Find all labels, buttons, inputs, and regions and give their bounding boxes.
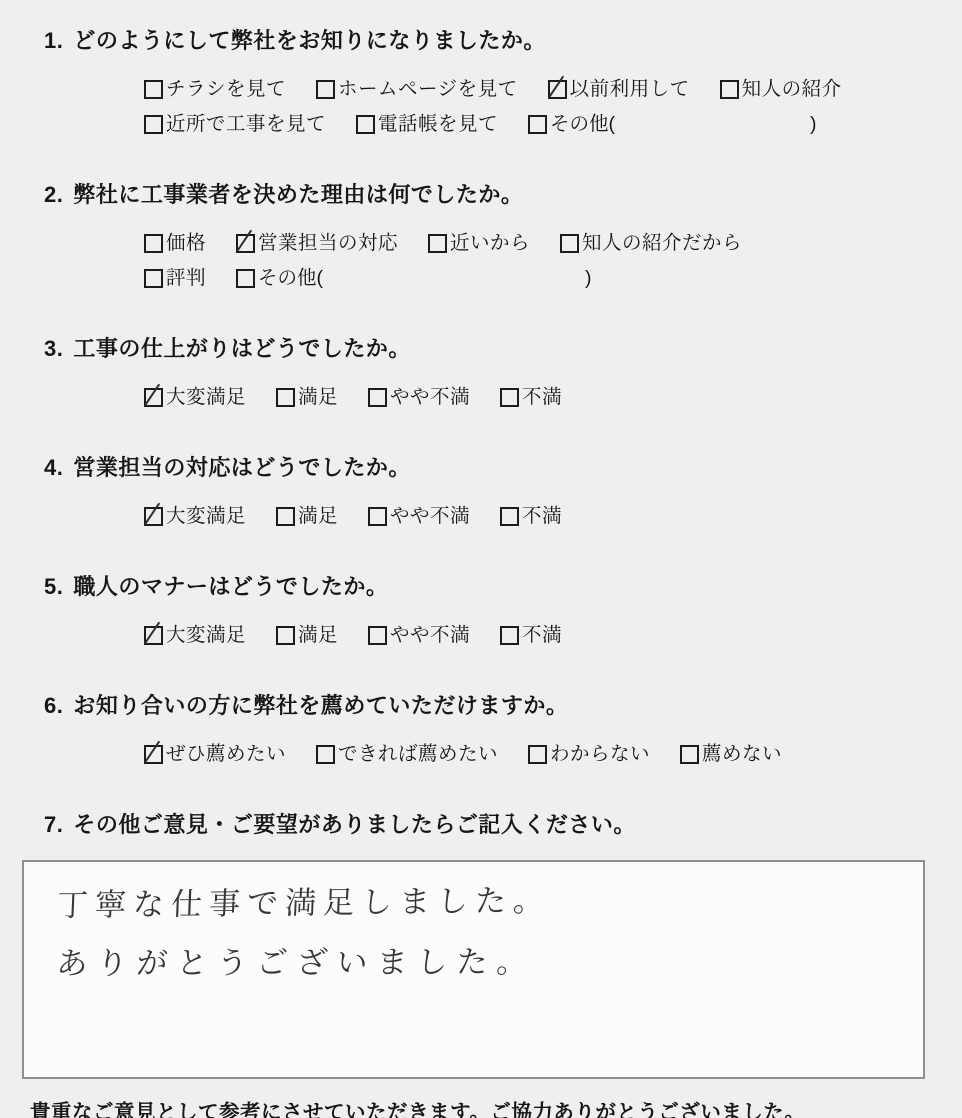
option-previous-use[interactable]: 以前利用して xyxy=(548,76,690,103)
checkbox-icon[interactable] xyxy=(236,269,255,288)
checkbox-icon[interactable] xyxy=(548,80,567,99)
option-label: その他( xyxy=(550,111,615,138)
footer-note: 貴重なご意見として参考にさせていただきます。ご協力ありがとうございました。 xyxy=(30,1095,940,1118)
option-definitely-recommend[interactable]: ぜひ薦めたい xyxy=(144,741,286,768)
option-reputation[interactable]: 評判 xyxy=(144,265,206,292)
checkbox-icon[interactable] xyxy=(428,234,447,253)
option-satisfied[interactable]: 満足 xyxy=(276,622,338,649)
question-title-text: その他ご意見・ご要望がありましたらご記入ください。 xyxy=(73,810,636,840)
option-label: わからない xyxy=(550,741,650,768)
option-label: 大変満足 xyxy=(166,622,246,649)
fill-in-blank xyxy=(615,124,810,125)
option-saw-nearby-construction[interactable]: 近所で工事を見て xyxy=(144,111,326,138)
option-other[interactable]: その他( ) xyxy=(236,265,592,292)
close-paren: ) xyxy=(585,265,592,292)
question-title-text: どのようにして弊社をお知りになりましたか。 xyxy=(73,26,546,56)
option-label: 満足 xyxy=(298,622,338,649)
question-6: 6. お知り合いの方に弊社を薦めていただけますか。 ぜひ薦めたい できれば薦めた… xyxy=(22,691,940,768)
checkbox-icon[interactable] xyxy=(276,626,295,645)
question-2-title: 2. 弊社に工事業者を決めた理由は何でしたか。 xyxy=(44,180,940,210)
question-title-text: 職人のマナーはどうでしたか。 xyxy=(73,572,388,602)
question-title-text: 弊社に工事業者を決めた理由は何でしたか。 xyxy=(73,180,523,210)
option-dont-know[interactable]: わからない xyxy=(528,741,650,768)
question-4-title: 4. 営業担当の対応はどうでしたか。 xyxy=(44,453,940,483)
option-satisfied[interactable]: 満足 xyxy=(276,503,338,530)
question-number: 4. xyxy=(44,453,63,483)
handwritten-comment-line-2: ありがとうございました。 xyxy=(55,939,889,986)
option-label: 満足 xyxy=(298,384,338,411)
checkbox-icon[interactable] xyxy=(528,745,547,764)
checkbox-icon[interactable] xyxy=(316,80,335,99)
option-label: やや不満 xyxy=(390,503,470,530)
question-5-title: 5. 職人のマナーはどうでしたか。 xyxy=(44,572,940,602)
question-number: 3. xyxy=(44,334,63,364)
checkbox-icon[interactable] xyxy=(276,507,295,526)
checkbox-icon[interactable] xyxy=(144,745,163,764)
fill-in-blank xyxy=(323,278,585,279)
checkbox-icon[interactable] xyxy=(276,388,295,407)
question-number: 1. xyxy=(44,26,63,56)
option-label: 価格 xyxy=(166,230,206,257)
checkbox-icon[interactable] xyxy=(144,388,163,407)
question-5-options: 大変満足 満足 やや不満 不満 xyxy=(144,622,940,649)
option-recommend-if-possible[interactable]: できれば薦めたい xyxy=(316,741,498,768)
checkbox-icon[interactable] xyxy=(316,745,335,764)
option-label: 不満 xyxy=(522,622,562,649)
checkbox-icon[interactable] xyxy=(144,626,163,645)
option-flyer[interactable]: チラシを見て xyxy=(144,76,286,103)
checkbox-icon[interactable] xyxy=(500,626,519,645)
option-label: 知人の紹介だから xyxy=(582,230,742,257)
question-4: 4. 営業担当の対応はどうでしたか。 大変満足 満足 やや不満 不満 xyxy=(22,453,940,530)
question-6-title: 6. お知り合いの方に弊社を薦めていただけますか。 xyxy=(44,691,940,721)
question-3-title: 3. 工事の仕上がりはどうでしたか。 xyxy=(44,334,940,364)
option-label: 以前利用して xyxy=(570,76,690,103)
option-dissatisfied[interactable]: 不満 xyxy=(500,503,562,530)
option-label: 不満 xyxy=(522,384,562,411)
question-6-options: ぜひ薦めたい できれば薦めたい わからない 薦めない xyxy=(144,741,940,768)
option-slightly-dissatisfied[interactable]: やや不満 xyxy=(368,503,470,530)
checkbox-icon[interactable] xyxy=(528,115,547,134)
checkbox-icon[interactable] xyxy=(500,507,519,526)
option-very-satisfied[interactable]: 大変満足 xyxy=(144,503,246,530)
question-7-title: 7. その他ご意見・ご要望がありましたらご記入ください。 xyxy=(44,810,940,840)
question-number: 5. xyxy=(44,572,63,602)
question-7: 7. その他ご意見・ご要望がありましたらご記入ください。 丁寧な仕事で満足しまし… xyxy=(22,810,940,1079)
checkbox-icon[interactable] xyxy=(368,507,387,526)
checkbox-icon[interactable] xyxy=(144,80,163,99)
option-label: 営業担当の対応 xyxy=(258,230,398,257)
option-referral-reason[interactable]: 知人の紹介だから xyxy=(560,230,742,257)
question-1: 1. どのようにして弊社をお知りになりましたか。 チラシを見て ホームページを見… xyxy=(22,26,940,138)
option-other[interactable]: その他( ) xyxy=(528,111,817,138)
question-1-title: 1. どのようにして弊社をお知りになりましたか。 xyxy=(44,26,940,56)
option-phonebook[interactable]: 電話帳を見て xyxy=(356,111,498,138)
option-proximity[interactable]: 近いから xyxy=(428,230,530,257)
checkbox-icon[interactable] xyxy=(144,115,163,134)
question-number: 6. xyxy=(44,691,63,721)
question-1-options-row-2: 近所で工事を見て 電話帳を見て その他( ) xyxy=(144,111,940,138)
option-slightly-dissatisfied[interactable]: やや不満 xyxy=(368,622,470,649)
close-paren: ) xyxy=(810,111,817,138)
option-label: 大変満足 xyxy=(166,384,246,411)
survey-form: 1. どのようにして弊社をお知りになりましたか。 チラシを見て ホームページを見… xyxy=(0,0,962,1118)
option-label: 近所で工事を見て xyxy=(166,111,326,138)
option-label: 不満 xyxy=(522,503,562,530)
comment-box[interactable]: 丁寧な仕事で満足しました。 ありがとうございました。 xyxy=(22,860,925,1079)
option-label: 近いから xyxy=(450,230,530,257)
option-slightly-dissatisfied[interactable]: やや不満 xyxy=(368,384,470,411)
question-1-options-row-1: チラシを見て ホームページを見て 以前利用して 知人の紹介 xyxy=(144,76,940,103)
checkbox-icon[interactable] xyxy=(560,234,579,253)
option-sales-rep-response[interactable]: 営業担当の対応 xyxy=(236,230,398,257)
question-number: 7. xyxy=(44,810,63,840)
option-satisfied[interactable]: 満足 xyxy=(276,384,338,411)
question-3-options: 大変満足 満足 やや不満 不満 xyxy=(144,384,940,411)
option-label: できれば薦めたい xyxy=(338,741,498,768)
checkbox-icon[interactable] xyxy=(368,626,387,645)
option-dissatisfied[interactable]: 不満 xyxy=(500,622,562,649)
option-label: ぜひ薦めたい xyxy=(166,741,286,768)
question-2-options-row-2: 評判 その他( ) xyxy=(144,265,940,292)
question-4-options: 大変満足 満足 やや不満 不満 xyxy=(144,503,940,530)
option-label: 薦めない xyxy=(702,741,782,768)
checkbox-icon[interactable] xyxy=(720,80,739,99)
question-title-text: お知り合いの方に弊社を薦めていただけますか。 xyxy=(73,691,568,721)
checkbox-icon[interactable] xyxy=(368,388,387,407)
option-label: 評判 xyxy=(166,265,206,292)
question-title-text: 工事の仕上がりはどうでしたか。 xyxy=(73,334,411,364)
handwritten-comment-line-1: 丁寧な仕事で満足しました。 xyxy=(56,875,889,928)
checkbox-icon[interactable] xyxy=(500,388,519,407)
checkbox-icon[interactable] xyxy=(144,507,163,526)
option-label: チラシを見て xyxy=(166,76,286,103)
option-label: 大変満足 xyxy=(166,503,246,530)
option-label: 知人の紹介 xyxy=(742,76,842,103)
option-label: 電話帳を見て xyxy=(378,111,498,138)
option-very-satisfied[interactable]: 大変満足 xyxy=(144,622,246,649)
checkbox-icon[interactable] xyxy=(236,234,255,253)
question-2: 2. 弊社に工事業者を決めた理由は何でしたか。 価格 営業担当の対応 近いから … xyxy=(22,180,940,292)
option-dissatisfied[interactable]: 不満 xyxy=(500,384,562,411)
option-label: やや不満 xyxy=(390,622,470,649)
checkbox-icon[interactable] xyxy=(356,115,375,134)
option-label: ホームページを見て xyxy=(338,76,518,103)
question-number: 2. xyxy=(44,180,63,210)
option-not-recommend[interactable]: 薦めない xyxy=(680,741,782,768)
question-3: 3. 工事の仕上がりはどうでしたか。 大変満足 満足 やや不満 不満 xyxy=(22,334,940,411)
option-very-satisfied[interactable]: 大変満足 xyxy=(144,384,246,411)
checkbox-icon[interactable] xyxy=(680,745,699,764)
question-title-text: 営業担当の対応はどうでしたか。 xyxy=(73,453,411,483)
checkbox-icon[interactable] xyxy=(144,269,163,288)
option-price[interactable]: 価格 xyxy=(144,230,206,257)
option-acquaintance-referral[interactable]: 知人の紹介 xyxy=(720,76,842,103)
option-label: やや不満 xyxy=(390,384,470,411)
checkbox-icon[interactable] xyxy=(144,234,163,253)
question-5: 5. 職人のマナーはどうでしたか。 大変満足 満足 やや不満 不満 xyxy=(22,572,940,649)
option-homepage[interactable]: ホームページを見て xyxy=(316,76,518,103)
option-label: その他( xyxy=(258,265,323,292)
question-2-options-row-1: 価格 営業担当の対応 近いから 知人の紹介だから xyxy=(144,230,940,257)
option-label: 満足 xyxy=(298,503,338,530)
